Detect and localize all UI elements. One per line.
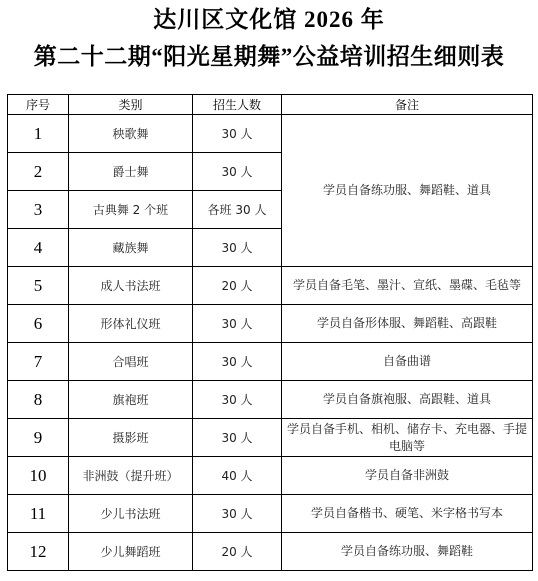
row-note: 学员自备形体服、舞蹈鞋、高跟鞋 <box>282 305 533 343</box>
title-organization-year: 达川区文化馆 2026 年 <box>0 6 538 34</box>
row-category: 旗袍班 <box>69 381 193 419</box>
row-number: 9 <box>8 419 69 457</box>
header-no: 序号 <box>8 95 69 115</box>
row-number: 10 <box>8 457 69 495</box>
enrollment-table: 序号 类别 招生人数 备注 1 秧歌舞 30 人 学员自备练功服、舞蹈鞋、道具 … <box>7 94 533 571</box>
table-row: 10 非洲鼓（提升班） 40 人 学员自备非洲鼓 <box>8 457 533 495</box>
table-row: 7 合唱班 30 人 自备曲谱 <box>8 343 533 381</box>
row-note: 学员自备练功服、舞蹈鞋 <box>282 533 533 571</box>
header-category: 类别 <box>69 95 193 115</box>
row-category: 非洲鼓（提升班） <box>69 457 193 495</box>
row-capacity: 30 人 <box>193 381 282 419</box>
row-note: 学员自备手机、相机、储存卡、充电器、手提电脑等 <box>282 419 533 457</box>
table-row: 8 旗袍班 30 人 学员自备旗袍服、高跟鞋、道具 <box>8 381 533 419</box>
row-number: 3 <box>8 191 69 229</box>
row-capacity: 30 人 <box>193 115 282 153</box>
title-program-name: 第二十二期“阳光星期舞”公益培训招生细则表 <box>0 42 538 72</box>
table-header-row: 序号 类别 招生人数 备注 <box>8 95 533 115</box>
row-number: 1 <box>8 115 69 153</box>
row-category: 古典舞 2 个班 <box>69 191 193 229</box>
row-capacity: 30 人 <box>193 305 282 343</box>
row-category: 秧歌舞 <box>69 115 193 153</box>
table-row: 6 形体礼仪班 30 人 学员自备形体服、舞蹈鞋、高跟鞋 <box>8 305 533 343</box>
row-capacity: 各班 30 人 <box>193 191 282 229</box>
row-capacity: 20 人 <box>193 533 282 571</box>
row-note: 学员自备旗袍服、高跟鞋、道具 <box>282 381 533 419</box>
row-capacity: 30 人 <box>193 153 282 191</box>
row-note-merged: 学员自备练功服、舞蹈鞋、道具 <box>282 115 533 267</box>
row-note: 学员自备楷书、硬笔、米字格书写本 <box>282 495 533 533</box>
row-category: 摄影班 <box>69 419 193 457</box>
row-number: 7 <box>8 343 69 381</box>
row-category: 藏族舞 <box>69 229 193 267</box>
row-capacity: 40 人 <box>193 457 282 495</box>
table-row: 12 少儿舞蹈班 20 人 学员自备练功服、舞蹈鞋 <box>8 533 533 571</box>
row-note: 学员自备非洲鼓 <box>282 457 533 495</box>
table-row: 1 秧歌舞 30 人 学员自备练功服、舞蹈鞋、道具 <box>8 115 533 153</box>
row-number: 4 <box>8 229 69 267</box>
row-capacity: 30 人 <box>193 343 282 381</box>
row-capacity: 30 人 <box>193 229 282 267</box>
table-row: 9 摄影班 30 人 学员自备手机、相机、储存卡、充电器、手提电脑等 <box>8 419 533 457</box>
table-row: 11 少儿书法班 30 人 学员自备楷书、硬笔、米字格书写本 <box>8 495 533 533</box>
row-number: 5 <box>8 267 69 305</box>
row-category: 少儿书法班 <box>69 495 193 533</box>
row-capacity: 20 人 <box>193 267 282 305</box>
row-number: 8 <box>8 381 69 419</box>
row-category: 少儿舞蹈班 <box>69 533 193 571</box>
row-capacity: 30 人 <box>193 419 282 457</box>
row-category: 合唱班 <box>69 343 193 381</box>
row-number: 12 <box>8 533 69 571</box>
row-number: 6 <box>8 305 69 343</box>
row-note: 学员自备毛笔、墨汁、宣纸、墨碟、毛毡等 <box>282 267 533 305</box>
row-capacity: 30 人 <box>193 495 282 533</box>
row-category: 成人书法班 <box>69 267 193 305</box>
row-category: 爵士舞 <box>69 153 193 191</box>
header-capacity: 招生人数 <box>193 95 282 115</box>
table-row: 5 成人书法班 20 人 学员自备毛笔、墨汁、宣纸、墨碟、毛毡等 <box>8 267 533 305</box>
row-number: 11 <box>8 495 69 533</box>
row-number: 2 <box>8 153 69 191</box>
header-note: 备注 <box>282 95 533 115</box>
row-category: 形体礼仪班 <box>69 305 193 343</box>
row-note: 自备曲谱 <box>282 343 533 381</box>
